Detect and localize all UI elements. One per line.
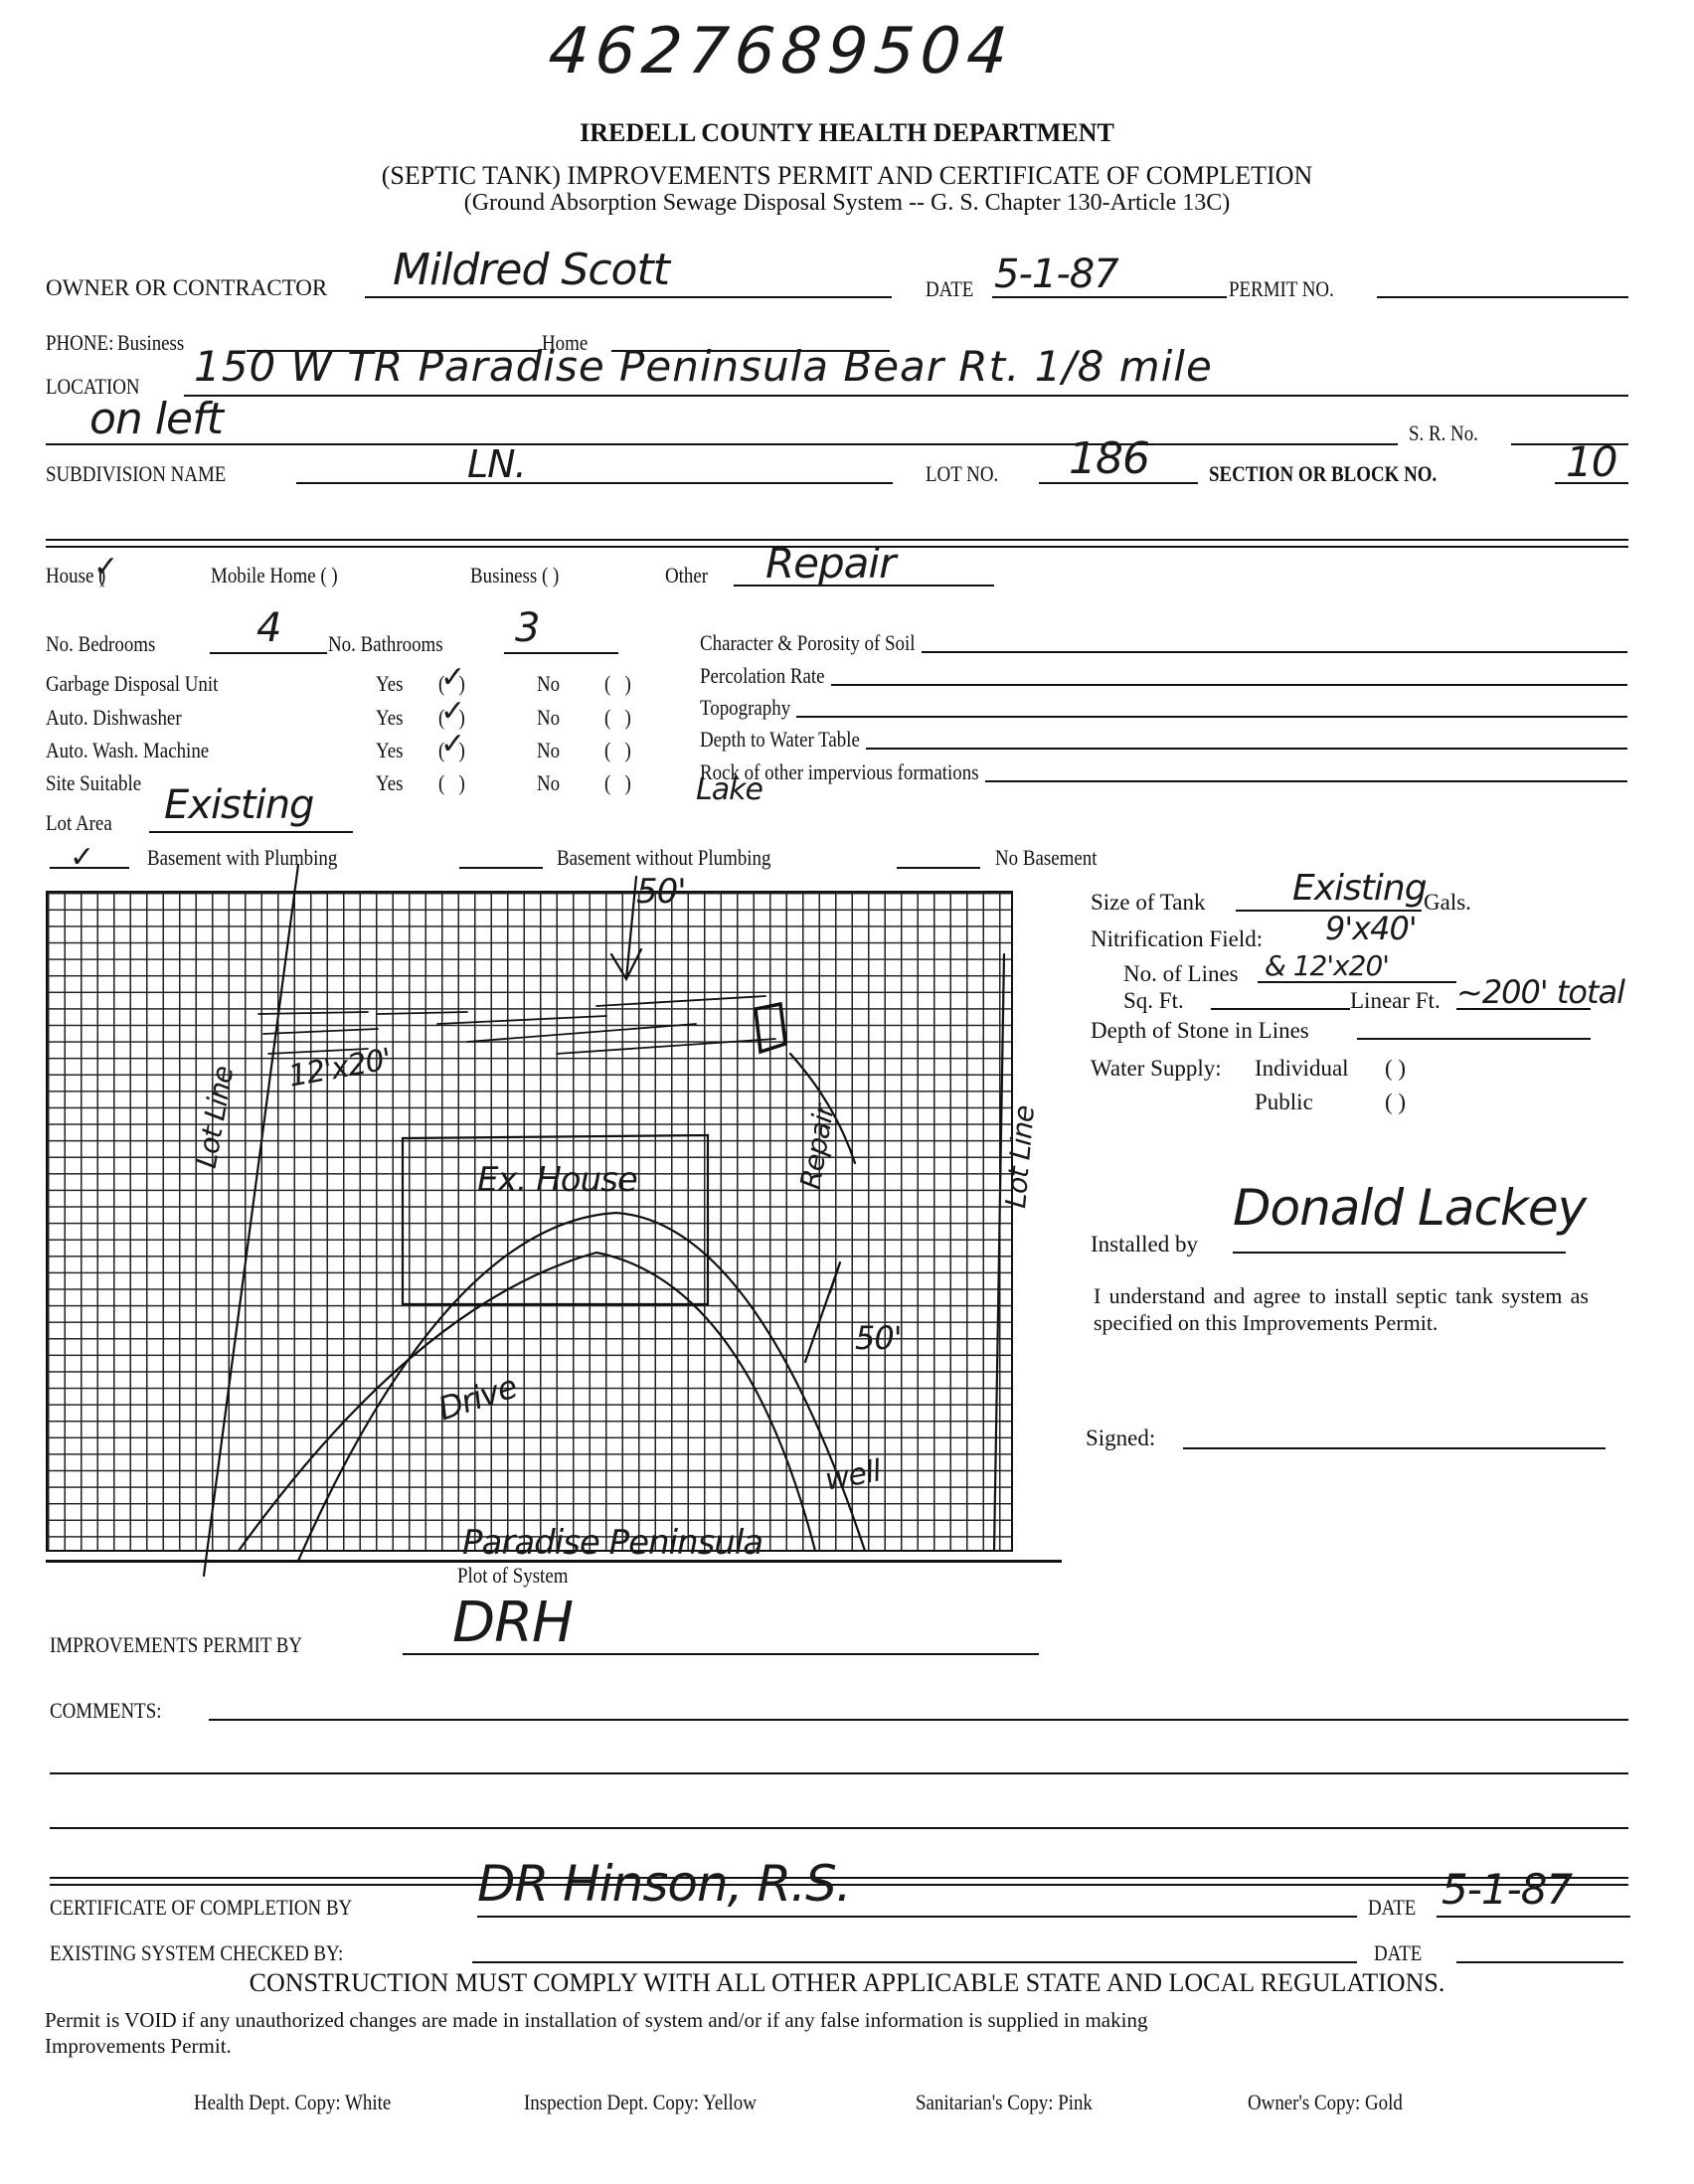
location-field-line <box>184 395 1628 397</box>
copy-owner: Owner's Copy: Gold <box>1248 2092 1403 2113</box>
bedrooms-label: No. Bedrooms <box>46 633 155 655</box>
location-field-line2[interactable]: on left <box>89 398 223 441</box>
no-basement-checkbox[interactable] <box>897 867 980 869</box>
owner-label: OWNER OR CONTRACTOR <box>46 276 327 299</box>
comments-line-2[interactable] <box>50 1772 1628 1774</box>
form-title: (SEPTIC TANK) IMPROVEMENTS PERMIT AND CE… <box>0 163 1694 189</box>
appliance-yes-checkbox[interactable]: ( ) <box>438 772 465 794</box>
comments-field[interactable] <box>209 1719 1628 1721</box>
sr-no-label: S. R. No. <box>1409 422 1478 444</box>
subdivision-field[interactable]: LN. <box>467 445 526 483</box>
bathrooms-field[interactable]: 3 <box>515 608 539 648</box>
signed-field[interactable] <box>1183 1447 1606 1449</box>
water-individual-label: Individual <box>1255 1057 1349 1080</box>
plot-bottom-distance: 50' <box>855 1322 902 1354</box>
void-notice-line2: Improvements Permit. <box>45 2036 232 2057</box>
owner-field[interactable]: Mildred Scott <box>393 249 669 292</box>
certificate-date-label: DATE <box>1368 1897 1416 1919</box>
basement-without-label: Basement without Plumbing <box>557 847 770 869</box>
improvements-permit-by-signature[interactable]: DRH <box>452 1596 573 1651</box>
plot-house-label: Ex. House <box>477 1163 637 1197</box>
certificate-label: CERTIFICATE OF COMPLETION BY <box>50 1897 352 1919</box>
sqft-field[interactable] <box>1211 1008 1350 1010</box>
soil-field[interactable] <box>922 651 1627 653</box>
other-field[interactable]: Repair <box>765 543 895 585</box>
stone-depth-label: Depth of Stone in Lines <box>1091 1019 1309 1042</box>
lake-annotation: Lake <box>696 775 762 805</box>
water-public-checkbox[interactable]: ( ) <box>1385 1091 1406 1113</box>
date-label: DATE <box>926 278 973 300</box>
appliance-yes-label: Yes <box>376 707 404 729</box>
bathrooms-field-line <box>504 652 618 654</box>
signed-label: Signed: <box>1086 1427 1155 1449</box>
certificate-field-line <box>477 1916 1357 1918</box>
phone-business-label: Business <box>117 332 184 354</box>
soil-field[interactable] <box>831 684 1627 686</box>
basement-check-mark-icon: ✓ <box>70 843 93 873</box>
soil-label: Character & Porosity of Soil <box>700 632 916 654</box>
comments-line-3[interactable] <box>50 1827 1628 1829</box>
business-option[interactable]: Business ( ) <box>470 565 559 587</box>
soil-label: Percolation Rate <box>700 665 825 687</box>
phone-label: PHONE: <box>46 332 113 354</box>
appliance-no-label: No <box>537 772 560 794</box>
date-field[interactable]: 5-1-87 <box>994 254 1118 294</box>
mobile-home-option[interactable]: Mobile Home ( ) <box>211 565 338 587</box>
tank-size-label: Size of Tank <box>1091 891 1206 914</box>
check-mark-icon: ✓ <box>440 663 464 693</box>
appliance-no-label: No <box>537 707 560 729</box>
lines-field[interactable]: & 12'x20' <box>1265 952 1389 980</box>
existing-check-label: EXISTING SYSTEM CHECKED BY: <box>50 1942 343 1964</box>
existing-check-date-field[interactable] <box>1456 1961 1623 1963</box>
improvements-permit-by-label: IMPROVEMENTS PERMIT BY <box>50 1634 302 1656</box>
void-notice: Permit is VOID if any unauthorized chang… <box>45 2010 1147 2031</box>
certificate-date-field[interactable]: 5-1-87 <box>1441 1869 1572 1911</box>
appliance-no-label: No <box>537 740 560 761</box>
appliance-yes-label: Yes <box>376 772 404 794</box>
water-supply-label: Water Supply: <box>1091 1057 1222 1080</box>
sqft-label: Sq. Ft. <box>1123 989 1184 1012</box>
appliance-no-checkbox[interactable]: ( ) <box>604 673 631 695</box>
water-individual-checkbox[interactable]: ( ) <box>1385 1057 1406 1080</box>
stone-depth-field[interactable] <box>1357 1038 1591 1040</box>
appliance-no-checkbox[interactable]: ( ) <box>604 772 631 794</box>
check-mark-icon: ✓ <box>440 730 464 759</box>
plot-caption: Plot of System <box>457 1565 568 1587</box>
nitrification-field[interactable]: 9'x40' <box>1325 913 1417 944</box>
subdivision-field-line <box>296 482 893 484</box>
installer-signature[interactable]: Donald Lackey <box>1233 1183 1586 1233</box>
water-public-label: Public <box>1255 1091 1313 1113</box>
appliance-label: Auto. Dishwasher <box>46 707 182 729</box>
check-mark-icon: ✓ <box>440 697 464 727</box>
gals-label: Gals. <box>1424 891 1471 914</box>
linear-ft-label: Linear Ft. <box>1350 989 1440 1012</box>
tank-size-field[interactable]: Existing <box>1292 871 1427 907</box>
linear-ft-field[interactable]: ~200' total <box>1456 976 1624 1008</box>
agency-title: IREDELL COUNTY HEALTH DEPARTMENT <box>0 120 1694 146</box>
lot-area-field[interactable]: Existing <box>164 785 313 825</box>
permit-no-label: PERMIT NO. <box>1229 278 1334 300</box>
location-line2 <box>46 443 1398 445</box>
document-number: 4627689504 <box>547 20 1016 84</box>
permit-no-field[interactable] <box>1377 296 1628 298</box>
copy-inspection: Inspection Dept. Copy: Yellow <box>524 2092 757 2113</box>
soil-label: Depth to Water Table <box>700 729 860 751</box>
appliance-label: Garbage Disposal Unit <box>46 673 218 695</box>
appliance-no-checkbox[interactable]: ( ) <box>604 740 631 761</box>
certificate-signature[interactable]: DR Hinson, R.S. <box>477 1859 851 1909</box>
form-subtitle: (Ground Absorption Sewage Disposal Syste… <box>0 191 1694 215</box>
appliance-label: Site Suitable <box>46 772 141 794</box>
permit-document: 4627689504 IREDELL COUNTY HEALTH DEPARTM… <box>0 0 1694 2184</box>
plot-grid <box>46 891 1013 1552</box>
existing-check-field[interactable] <box>472 1961 1357 1963</box>
appliance-label: Auto. Wash. Machine <box>46 740 209 761</box>
subdivision-label: SUBDIVISION NAME <box>46 463 226 485</box>
owner-field-line <box>365 296 892 298</box>
lines-label: No. of Lines <box>1123 962 1239 985</box>
copy-sanitarian: Sanitarian's Copy: Pink <box>916 2092 1093 2113</box>
soil-field[interactable] <box>985 780 1627 782</box>
installer-agreement: I understand and agree to install septic… <box>1094 1282 1589 1336</box>
house-check-mark-icon: ✓ <box>93 553 117 583</box>
plot-right-lot-line: Lot Line <box>1002 1104 1039 1209</box>
lot-area-label: Lot Area <box>46 812 112 834</box>
basement-with-label: Basement with Plumbing <box>147 847 337 869</box>
comments-label: COMMENTS: <box>50 1700 161 1722</box>
installed-by-field-line <box>1233 1252 1566 1254</box>
appliance-yes-label: Yes <box>376 740 404 761</box>
basement-without-checkbox[interactable] <box>459 867 543 869</box>
other-label: Other <box>665 565 708 587</box>
bedrooms-field[interactable]: 4 <box>256 608 280 648</box>
nitrification-label: Nitrification Field: <box>1091 927 1263 950</box>
installed-by-label: Installed by <box>1091 1233 1198 1256</box>
plot-road-label: Paradise Peninsula <box>462 1526 762 1560</box>
copy-health: Health Dept. Copy: White <box>194 2092 391 2113</box>
bathrooms-label: No. Bathrooms <box>328 633 443 655</box>
appliance-yes-label: Yes <box>376 673 404 695</box>
lot-area-field-line <box>149 831 353 833</box>
soil-field[interactable] <box>796 716 1627 718</box>
soil-label: Topography <box>700 697 790 719</box>
plot-top-distance: 50' <box>636 875 686 909</box>
certificate-date-line <box>1437 1916 1630 1918</box>
section-label: SECTION OR BLOCK NO. <box>1209 463 1437 485</box>
appliance-no-checkbox[interactable]: ( ) <box>604 707 631 729</box>
lot-no-field[interactable]: 186 <box>1069 437 1149 481</box>
lot-no-label: LOT NO. <box>926 463 998 485</box>
existing-check-date-label: DATE <box>1374 1942 1422 1964</box>
compliance-notice: CONSTRUCTION MUST COMPLY WITH ALL OTHER … <box>0 1970 1694 1996</box>
soil-field[interactable] <box>866 748 1627 750</box>
location-field[interactable]: 150 W TR Paradise Peninsula Bear Rt. 1/8… <box>194 346 1213 388</box>
no-basement-label: No Basement <box>995 847 1097 869</box>
section-field[interactable]: 10 <box>1566 441 1616 483</box>
appliance-no-label: No <box>537 673 560 695</box>
bedrooms-field-line <box>210 652 327 654</box>
